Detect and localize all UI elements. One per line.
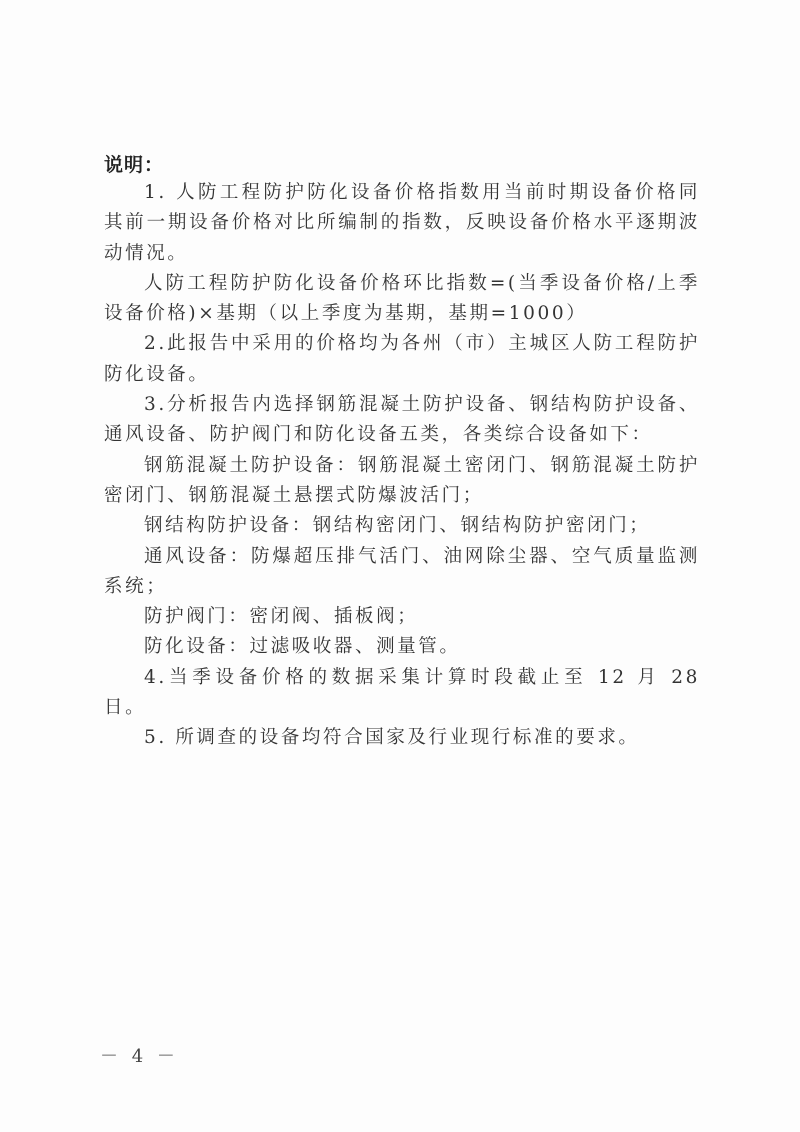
paragraph-protective-valves: 防护阀门：密闭阀、插板阀； — [104, 602, 700, 632]
paragraph-rc-equipment: 钢筋混凝土防护设备：钢筋混凝土密闭门、钢筋混凝土防护密闭门、钢筋混凝土悬摆式防爆… — [104, 451, 700, 512]
document-page: 说明： 1. 人防工程防护防化设备价格指数用当前时期设备价格同其前一期设备价格对… — [0, 0, 800, 1132]
paragraph-2: 2.此报告中采用的价格均为各州（市）主城区人防工程防护防化设备。 — [104, 329, 700, 390]
paragraph-3: 3.分析报告内选择钢筋混凝土防护设备、钢结构防护设备、通风设备、防护阀门和防化设… — [104, 390, 700, 451]
paragraph-chemical-defense: 防化设备：过滤吸收器、测量管。 — [104, 632, 700, 662]
paragraph-formula: 人防工程防护防化设备价格环比指数=(当季设备价格/上季设备价格)×基期（以上季度… — [104, 269, 700, 330]
notes-body: 1. 人防工程防护防化设备价格指数用当前时期设备价格同其前一期设备价格对比所编制… — [104, 178, 700, 754]
paragraph-steel-equipment: 钢结构防护设备：钢结构密闭门、钢结构防护密闭门； — [104, 511, 700, 541]
paragraph-4: 4.当季设备价格的数据采集计算时段截止至 12 月 28 日。 — [104, 663, 700, 724]
paragraph-5: 5. 所调查的设备均符合国家及行业现行标准的要求。 — [104, 723, 700, 753]
section-heading: 说明： — [104, 150, 164, 177]
paragraph-ventilation-equipment: 通风设备：防爆超压排气活门、油网除尘器、空气质量监测系统； — [104, 542, 700, 603]
page-number: － 4 － — [100, 1042, 179, 1068]
paragraph-1: 1. 人防工程防护防化设备价格指数用当前时期设备价格同其前一期设备价格对比所编制… — [104, 178, 700, 269]
